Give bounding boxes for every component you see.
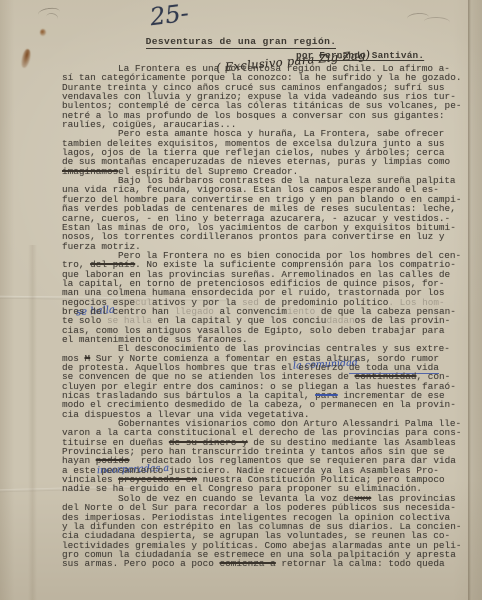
typed-segment: sed bbox=[242, 297, 259, 308]
typed-segment: iento bbox=[287, 306, 315, 317]
document-title: Desventuras de una gran región. bbox=[0, 36, 482, 47]
typed-segment: comienza-a bbox=[220, 558, 276, 569]
manuscript-page: 25- ( Exclusivo para Zig-Zag) se halla l… bbox=[0, 0, 482, 600]
pencil-scribble bbox=[45, 12, 59, 24]
byline: por Fernando Santiván. bbox=[296, 50, 424, 61]
typed-segment: . Los hom- bbox=[388, 297, 444, 308]
typed-segment: se halla bbox=[107, 315, 152, 326]
handwritten-page-number: 25- bbox=[148, 0, 190, 31]
typed-segment: retornar la calma: todo queda bbox=[276, 558, 445, 569]
typed-segment: cul bbox=[135, 297, 152, 308]
pencil-scribble bbox=[37, 7, 60, 20]
typed-body: La Frontera es una portentosa región de … bbox=[62, 64, 476, 569]
paper-crease bbox=[28, 245, 37, 600]
typed-segment: dadan bbox=[326, 315, 354, 326]
typed-line: sus armas. Pero poco a poco comienza-a r… bbox=[62, 559, 476, 568]
typed-segment: sus armas. Pero poco a poco bbox=[62, 558, 220, 569]
ink-stain bbox=[40, 29, 46, 36]
pencil-scribble bbox=[424, 17, 450, 28]
pencil-scribble bbox=[407, 12, 430, 24]
typed-segment: llegado bbox=[175, 306, 214, 317]
typed-segment: imaginamos bbox=[62, 166, 118, 177]
document-title-text: Desventuras de una gran región. bbox=[146, 36, 337, 49]
ink-stain bbox=[20, 48, 32, 68]
